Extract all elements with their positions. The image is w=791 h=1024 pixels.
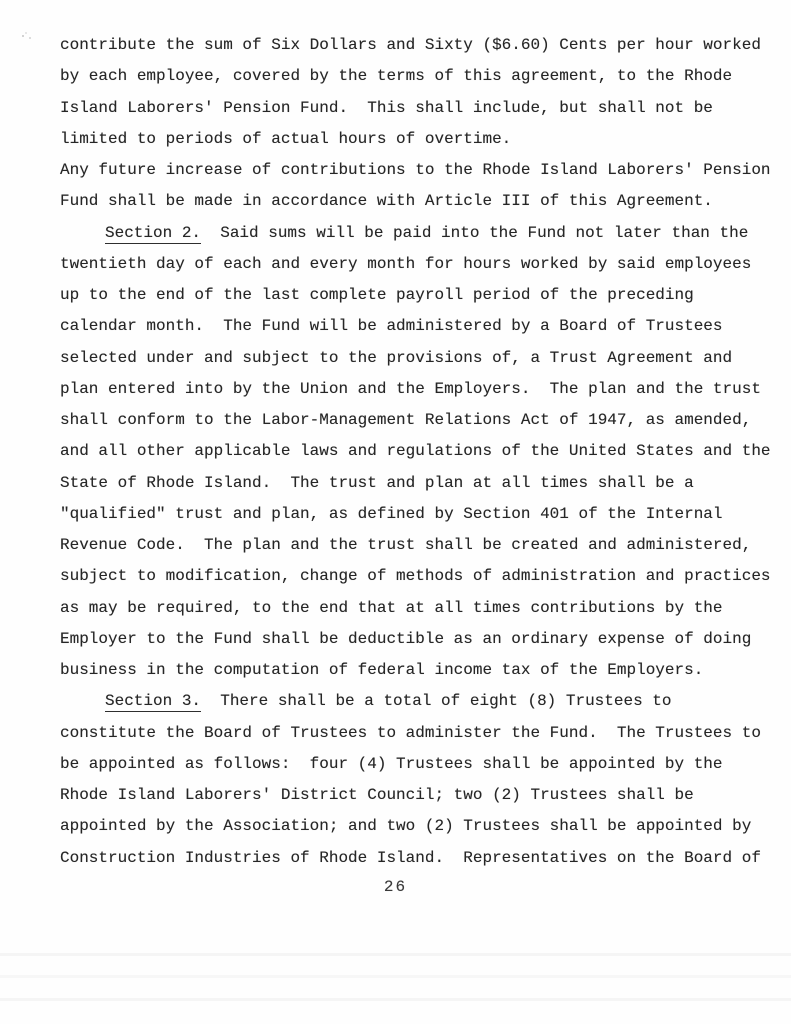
line-text: appointed by the Association; and two (2… bbox=[60, 817, 751, 835]
line-text: constitute the Board of Trustees to admi… bbox=[60, 724, 761, 742]
line-text: There shall be a total of eight (8) Trus… bbox=[201, 692, 671, 710]
document-line: Section 3. There shall be a total of eig… bbox=[60, 686, 785, 717]
section-heading: Section 3. bbox=[105, 692, 201, 712]
line-text: limited to periods of actual hours of ov… bbox=[60, 130, 511, 148]
line-text: subject to modification, change of metho… bbox=[60, 567, 771, 585]
line-text: Island Laborers' Pension Fund. This shal… bbox=[60, 99, 713, 117]
document-line: be appointed as follows: four (4) Truste… bbox=[60, 749, 785, 780]
line-text: State of Rhode Island. The trust and pla… bbox=[60, 474, 694, 492]
line-text: Employer to the Fund shall be deductible… bbox=[60, 630, 751, 648]
document-line: Fund shall be made in accordance with Ar… bbox=[60, 186, 785, 217]
document-line: plan entered into by the Union and the E… bbox=[60, 374, 785, 405]
section-heading: Section 2. bbox=[105, 224, 201, 244]
document-line: appointed by the Association; and two (2… bbox=[60, 811, 785, 842]
document-line: subject to modification, change of metho… bbox=[60, 561, 785, 592]
line-text: by each employee, covered by the terms o… bbox=[60, 67, 732, 85]
document-line: Revenue Code. The plan and the trust sha… bbox=[60, 530, 785, 561]
line-text: "qualified" trust and plan, as defined b… bbox=[60, 505, 723, 523]
scan-streak bbox=[0, 975, 791, 978]
document-line: Employer to the Fund shall be deductible… bbox=[60, 624, 785, 655]
page-number: 26 bbox=[0, 872, 791, 903]
line-text: plan entered into by the Union and the E… bbox=[60, 380, 761, 398]
document-line: by each employee, covered by the terms o… bbox=[60, 61, 785, 92]
scan-streak bbox=[0, 953, 791, 956]
scan-streak bbox=[0, 998, 791, 1001]
line-text: Rhode Island Laborers' District Council;… bbox=[60, 786, 694, 804]
document-line: State of Rhode Island. The trust and pla… bbox=[60, 468, 785, 499]
document-line: limited to periods of actual hours of ov… bbox=[60, 124, 785, 155]
document-line: business in the computation of federal i… bbox=[60, 655, 785, 686]
document-page: contribute the sum of Six Dollars and Si… bbox=[0, 0, 791, 1024]
line-text: selected under and subject to the provis… bbox=[60, 349, 732, 367]
document-line: twentieth day of each and every month fo… bbox=[60, 249, 785, 280]
line-text: Fund shall be made in accordance with Ar… bbox=[60, 192, 713, 210]
document-line: selected under and subject to the provis… bbox=[60, 343, 785, 374]
line-text: and all other applicable laws and regula… bbox=[60, 442, 771, 460]
line-text: shall conform to the Labor-Management Re… bbox=[60, 411, 751, 429]
line-text: Any future increase of contributions to … bbox=[60, 161, 771, 179]
document-line: "qualified" trust and plan, as defined b… bbox=[60, 499, 785, 530]
scan-artifact-speck bbox=[22, 35, 24, 37]
document-line: and all other applicable laws and regula… bbox=[60, 436, 785, 467]
document-line: Construction Industries of Rhode Island.… bbox=[60, 843, 785, 874]
document-line: as may be required, to the end that at a… bbox=[60, 593, 785, 624]
document-line: up to the end of the last complete payro… bbox=[60, 280, 785, 311]
document-line: Island Laborers' Pension Fund. This shal… bbox=[60, 93, 785, 124]
document-line: Rhode Island Laborers' District Council;… bbox=[60, 780, 785, 811]
line-text: Said sums will be paid into the Fund not… bbox=[201, 224, 748, 242]
line-text: be appointed as follows: four (4) Truste… bbox=[60, 755, 723, 773]
document-line: contribute the sum of Six Dollars and Si… bbox=[60, 30, 785, 61]
line-text: Construction Industries of Rhode Island.… bbox=[60, 849, 761, 867]
document-line: calendar month. The Fund will be adminis… bbox=[60, 311, 785, 342]
line-text: twentieth day of each and every month fo… bbox=[60, 255, 751, 273]
document-line: constitute the Board of Trustees to admi… bbox=[60, 718, 785, 749]
line-text: contribute the sum of Six Dollars and Si… bbox=[60, 36, 761, 54]
line-text: up to the end of the last complete payro… bbox=[60, 286, 694, 304]
line-text: business in the computation of federal i… bbox=[60, 661, 703, 679]
document-body: contribute the sum of Six Dollars and Si… bbox=[60, 30, 785, 874]
line-text: calendar month. The Fund will be adminis… bbox=[60, 317, 723, 335]
document-line: Any future increase of contributions to … bbox=[60, 155, 785, 186]
line-text: as may be required, to the end that at a… bbox=[60, 599, 723, 617]
document-line: Section 2. Said sums will be paid into t… bbox=[60, 218, 785, 249]
document-line: shall conform to the Labor-Management Re… bbox=[60, 405, 785, 436]
line-text: Revenue Code. The plan and the trust sha… bbox=[60, 536, 751, 554]
